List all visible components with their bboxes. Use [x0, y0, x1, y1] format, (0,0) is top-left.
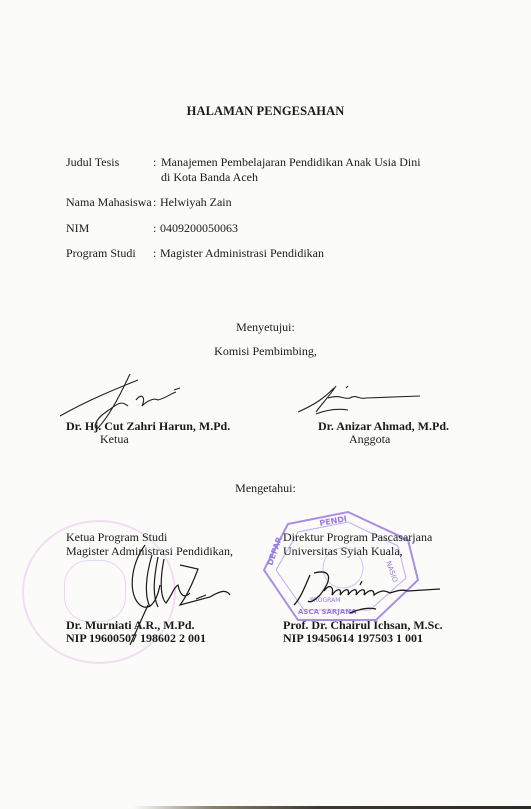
- page-title: HALAMAN PENGESAHAN: [0, 104, 531, 119]
- signer-role-anggota: Anggota: [349, 432, 390, 447]
- acknowledgement-heading: Mengetahui:: [0, 481, 531, 496]
- signer-name-ketua: Dr. Hj. Cut Zahri Harun, M.Pd.: [66, 419, 230, 434]
- position-ketua-prodi-line1: Ketua Program Studi: [66, 530, 167, 545]
- approval-heading: Menyetujui:: [0, 320, 531, 335]
- field-separator: :: [153, 195, 156, 210]
- field-value-prodi: Magister Administrasi Pendidikan: [160, 246, 324, 261]
- signer-nip-direktur: NIP 19450614 197503 1 001: [283, 631, 423, 646]
- signer-role-ketua: Ketua: [100, 432, 129, 447]
- field-value-judul-line1: Manajemen Pembelajaran Pendidikan Anak U…: [161, 155, 421, 170]
- signature-direktur: [290, 565, 440, 615]
- field-separator: :: [153, 155, 156, 170]
- position-direktur-line2: Universitas Syiah Kuala,: [283, 544, 403, 559]
- field-separator: :: [153, 246, 156, 261]
- field-label-judul: Judul Tesis: [66, 155, 119, 170]
- field-value-nama: Helwiyah Zain: [160, 195, 232, 210]
- field-label-nim: NIM: [66, 221, 89, 236]
- position-direktur-line1: Direktur Program Pascasarjana: [283, 530, 432, 545]
- field-value-judul-line2: di Kota Banda Aceh: [161, 170, 258, 185]
- approval-committee: Komisi Pembimbing,: [0, 344, 531, 359]
- field-label-nama: Nama Mahasiswa: [66, 195, 152, 210]
- svg-text:DEPAR: DEPAR: [265, 536, 284, 567]
- field-label-prodi: Program Studi: [66, 246, 136, 261]
- field-value-nim: 0409200050063: [160, 221, 238, 236]
- signer-nip-ketua-prodi: NIP 19600507 198602 2 001: [66, 631, 206, 646]
- signature-anggota: [296, 380, 426, 420]
- field-separator: :: [153, 221, 156, 236]
